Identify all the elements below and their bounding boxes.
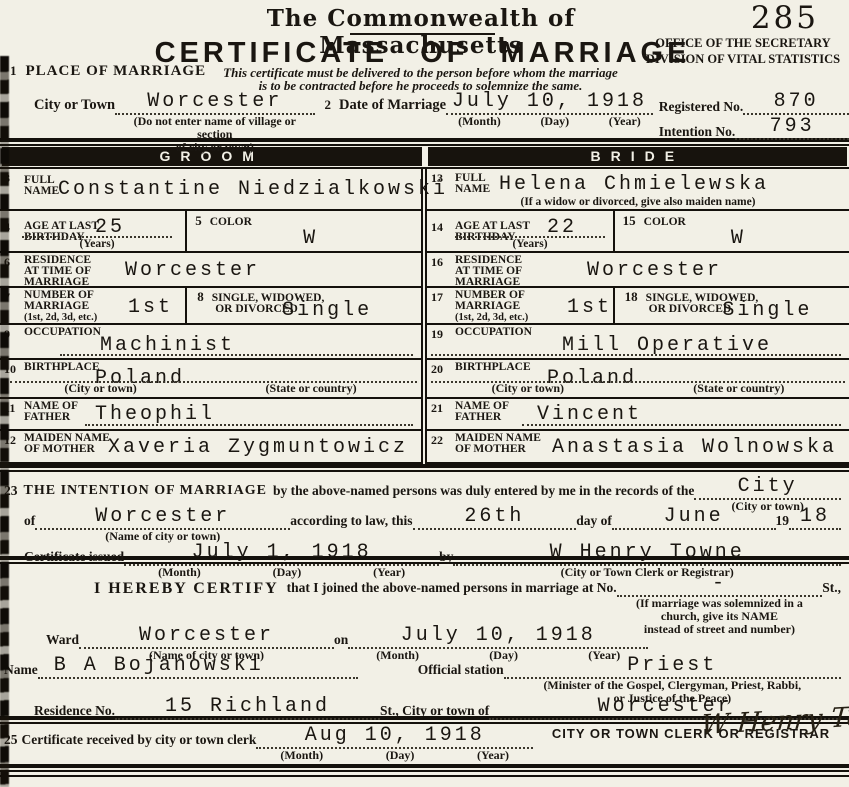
color-label: 15COLOR (623, 215, 686, 228)
certify-section: I HEREBY CERTIFY that I joined the above… (0, 564, 849, 716)
reference-number: 285 (751, 0, 819, 36)
city-or-town-label: City or Town (34, 90, 115, 114)
heavy-rule (0, 764, 849, 772)
number-of-marriage-note: (1st, 2d, 3d, etc.) (455, 312, 528, 323)
certificate-received-label: Certificate received by city or town cle… (22, 724, 257, 748)
cell-divider (185, 288, 187, 323)
church-note-1: (If marriage was solemnized in a church,… (617, 597, 823, 623)
place-of-marriage-heading: 1PLACE OF MARRIAGE (10, 63, 206, 80)
birthplace-notes: (City or town) (State or country) (0, 381, 421, 396)
day-note: (Day) (386, 749, 415, 762)
bride-father-value: Vincent (537, 403, 642, 426)
name-of-father-label: NAME OF FATHER (24, 401, 78, 423)
residence-label-3: MARRIAGE (455, 276, 520, 288)
certificate-issued-value: July 1, 1918 (124, 541, 439, 566)
cell-divider (613, 288, 615, 323)
groom-column: 3 FULL NAME Constantine Niedzialkowski 4… (0, 169, 423, 464)
registered-no-value: 870 (743, 90, 849, 115)
number-of-marriage-label-2: MARRIAGE (24, 300, 89, 312)
intention-line-2: of Worcester (Name of city or town) acco… (4, 505, 841, 543)
field-number: 13 (431, 171, 443, 186)
groom-full-name-value: Constantine Niedzialkowski (58, 178, 448, 201)
city-note-1: (Do not enter name of village or section (115, 115, 314, 141)
heavy-rule (0, 464, 849, 472)
residence-no-field: 15 Richland (115, 695, 380, 720)
number-of-marriage-label: NUMBER OF MARRIAGE (1st, 2d, 3d, etc.) (24, 290, 97, 323)
bride-section-header: BRIDE (428, 147, 848, 166)
of-label: of (24, 505, 35, 529)
occupation-label: OCCUPATION (455, 327, 532, 338)
groom-residence-value: Worcester (125, 259, 260, 282)
bride-marriage-number-row: 17 NUMBER OF MARRIAGE (1st, 2d, 3d, etc.… (427, 288, 849, 325)
mother-label-2: OF MOTHER (455, 443, 526, 455)
on-label: on (334, 624, 348, 648)
commonwealth-underline (350, 33, 495, 35)
occupation-label: OCCUPATION (24, 327, 101, 338)
registration-column: Registered No. 870 Intention No. 793 (659, 90, 849, 140)
date-of-marriage-field: July 10, 1918 (Month) (Day) (Year) (446, 90, 653, 128)
bride-full-name-value: Helena Chmielewska (499, 173, 769, 196)
years-note: (Years) (22, 238, 172, 250)
intention-day-field: 26th (413, 505, 577, 530)
groom-age-color-row: 4 AGE AT LAST BIRTHDAY 25 (Years) 5COLOR… (0, 211, 421, 253)
scan-edge-artifact (0, 56, 9, 787)
residence-no-label: Residence No. (34, 695, 115, 719)
name-label: Name (4, 654, 38, 678)
full-name-label: FULL NAME (24, 175, 59, 197)
official-station-value: Priest (504, 654, 841, 679)
date-of-marriage-heading: 2Date of Marriage (325, 90, 447, 114)
field-number: 5 (195, 213, 202, 228)
maiden-name-of-mother-label: MAIDEN NAME OF MOTHER (455, 433, 541, 455)
st-label: St., (822, 572, 841, 596)
records-of-value: City (694, 475, 841, 500)
office-line-2: DIVISION OF VITAL STATISTICS (643, 51, 843, 67)
state-or-country-note: (State or country) (693, 381, 784, 396)
fill-line (522, 424, 841, 426)
color-label-text: COLOR (644, 216, 686, 228)
field-number: 1 (10, 63, 18, 78)
received-date-field: Aug 10, 1918 (Month) (Day) (Year) (256, 724, 533, 762)
bride-residence-row: 16 RESIDENCE AT TIME OF MARRIAGE Worcest… (427, 253, 849, 288)
month-note: (Month) (280, 749, 323, 762)
received-date-value: Aug 10, 1918 (256, 724, 533, 749)
clerk-signature-block: W Henry Towne CITY OR TOWN CLERK OR REGI… (541, 724, 841, 741)
officiant-name-field: B A Bojanowski (38, 654, 358, 679)
footer-row: 25 Certificate received by city or town … (0, 724, 849, 764)
intention-city-value: Worcester (35, 505, 290, 530)
day-note: (Day) (540, 115, 569, 128)
number-of-marriage-note: (1st, 2d, 3d, etc.) (24, 312, 97, 323)
st-city-or-town-of-label: St., City or town of (380, 695, 489, 719)
city-or-town-note: (City or town) (492, 381, 564, 396)
full-name-label: FULL NAME (455, 173, 490, 195)
groom-color-value: W (303, 227, 318, 250)
residence-label: RESIDENCE AT TIME OF MARRIAGE (24, 255, 91, 288)
groom-bride-table: 3 FULL NAME Constantine Niedzialkowski 4… (0, 169, 849, 464)
by-label: by (439, 541, 453, 565)
full-name-label-2: NAME (24, 185, 59, 197)
residence-label-3: MARRIAGE (24, 276, 89, 288)
registered-no-field: 870 (743, 90, 849, 115)
place-date-row: City or Town Worcester (Do not enter nam… (0, 90, 849, 138)
maiden-name-note: (If a widow or divorced, give also maide… (427, 196, 849, 208)
state-or-country-note: (State or country) (266, 381, 357, 396)
groom-full-name-row: 3 FULL NAME Constantine Niedzialkowski (0, 169, 421, 211)
date-of-marriage-value: July 10, 1918 (446, 90, 653, 115)
bride-father-row: 21 NAME OF FATHER Vincent (427, 399, 849, 431)
intention-clerk-value: W Henry Towne (453, 541, 841, 566)
full-name-label-2: NAME (455, 183, 490, 195)
field-number: 21 (431, 401, 443, 416)
intention-month-value: June (612, 505, 776, 530)
registered-no-label: Registered No. (659, 99, 743, 115)
color-label: 5COLOR (195, 215, 252, 228)
field-number: 15 (623, 213, 636, 228)
groom-marriage-number-value: 1st (128, 296, 173, 319)
groom-residence-row: 6 RESIDENCE AT TIME OF MARRIAGE Worceste… (0, 253, 421, 288)
ward-city-value: Worcester (79, 624, 334, 649)
number-of-marriage-label: NUMBER OF MARRIAGE (1st, 2d, 3d, etc.) (455, 290, 528, 323)
ward-label: Ward (46, 624, 79, 648)
fill-line (60, 354, 413, 356)
certificate-subtitle: This certificate must be delivered to th… (168, 66, 673, 92)
bride-column: 13 FULL NAME Helena Chmielewska (If a wi… (425, 169, 849, 464)
groom-father-row: 11 NAME OF FATHER Theophil (0, 399, 421, 431)
city-or-town-field: Worcester (Do not enter name of village … (115, 90, 314, 154)
groom-mother-value: Xaveria Zygmuntowicz (108, 436, 408, 459)
marriage-no-value: - (617, 572, 823, 597)
intention-no-field: 793 (735, 115, 849, 140)
birthplace-label: BIRTHPLACE (24, 362, 100, 373)
years-note: (Years) (455, 238, 605, 250)
official-station-label: Official station (418, 654, 504, 678)
name-of-father-label: NAME OF FATHER (455, 401, 509, 423)
field-number: 8 (197, 289, 204, 304)
groom-father-value: Theophil (95, 403, 215, 426)
year-prefix: 19 (776, 505, 790, 529)
certificate-issued-label: Certificate issued (24, 541, 124, 565)
city-note-2: of city or town) (115, 141, 314, 154)
intention-year-field: 18 (789, 505, 841, 530)
maiden-name-of-mother-label: MAIDEN NAME OF MOTHER (24, 433, 110, 455)
officiant-name-value: B A Bojanowski (38, 654, 358, 679)
bride-full-name-row: 13 FULL NAME Helena Chmielewska (If a wi… (427, 169, 849, 211)
bride-marriage-number-value: 1st (567, 296, 612, 319)
field-number: 22 (431, 433, 443, 448)
month-day-year-notes: (Month) (Day) (Year) (446, 115, 653, 128)
field-number: 18 (625, 289, 638, 304)
month-note: (Month) (376, 649, 419, 662)
intention-bold-label: THE INTENTION OF MARRIAGE (24, 475, 267, 499)
intention-year-value: 18 (789, 505, 841, 530)
number-of-marriage-label-2: MARRIAGE (455, 300, 520, 312)
residence-no-value: 15 Richland (115, 695, 380, 720)
field-number: 14 (431, 220, 443, 235)
certify-date-value: July 10, 1918 (348, 624, 648, 649)
field-number: 17 (431, 290, 443, 305)
fill-line (85, 424, 413, 426)
field-number: 2 (325, 97, 332, 112)
certificate-header: The Commonwealth of Massachusetts CERTIF… (0, 0, 849, 90)
date-of-marriage-label: Date of Marriage (339, 97, 446, 113)
office-line-1: OFFICE OF THE SECRETARY (643, 35, 843, 51)
groom-marriage-number-row: 7 NUMBER OF MARRIAGE (1st, 2d, 3d, etc.)… (0, 288, 421, 325)
intention-text: by the above-named persons was duly ente… (273, 475, 694, 499)
father-label-2: FATHER (24, 411, 70, 423)
cell-divider (613, 211, 615, 251)
field-number: 20 (431, 362, 443, 377)
status-label-2: OR DIVORCED (625, 303, 732, 315)
certify-text: that I joined the above-named persons in… (287, 572, 617, 596)
according-to-law-text: according to law, this (290, 505, 412, 529)
groom-occupation-row: 9 OCCUPATION Machinist (0, 325, 421, 360)
intention-month-field: June (612, 505, 776, 530)
intention-no-row: Intention No. 793 (659, 115, 849, 140)
bride-status-value: Single (722, 299, 812, 322)
office-block: OFFICE OF THE SECRETARY DIVISION OF VITA… (643, 35, 843, 67)
intention-no-label: Intention No. (659, 124, 736, 140)
intention-city-field: Worcester (Name of city or town) (35, 505, 290, 543)
bride-mother-value: Anastasia Wolnowska (552, 436, 837, 459)
hereby-certify-label: I HEREBY CERTIFY (94, 572, 279, 598)
bride-mother-row: 22 MAIDEN NAME OF MOTHER Anastasia Wolno… (427, 431, 849, 464)
birthplace-label: BIRTHPLACE (455, 362, 531, 373)
bride-occupation-row: 19 OCCUPATION Mill Operative (427, 325, 849, 360)
groom-birthplace-row: 10 BIRTHPLACE Poland (City or town) (Sta… (0, 360, 421, 399)
city-or-town-value: Worcester (115, 90, 314, 115)
year-note: (Year) (477, 749, 509, 762)
marriage-certificate-document: The Commonwealth of Massachusetts CERTIF… (0, 0, 849, 787)
intention-day-value: 26th (413, 505, 577, 530)
intention-section: 23 THE INTENTION OF MARRIAGE by the abov… (0, 472, 849, 556)
groom-status-value: Single (282, 299, 372, 322)
bride-age-color-row: 14 AGE AT LAST BIRTHDAY 22 (Years) 15COL… (427, 211, 849, 253)
city-or-town-note: (City or town) (64, 381, 136, 396)
month-note: (Month) (458, 115, 501, 128)
day-of-label: day of (576, 505, 612, 529)
birthplace-notes: (City or town) (State or country) (427, 381, 849, 396)
field-number: 16 (431, 255, 443, 270)
place-of-marriage-label: PLACE OF MARRIAGE (26, 63, 207, 79)
thin-rule (0, 775, 849, 777)
month-day-year-notes: (Month) (Day) (Year) (256, 749, 533, 762)
father-label-2: FATHER (455, 411, 501, 423)
groom-mother-row: 12 MAIDEN NAME OF MOTHER Xaveria Zygmunt… (0, 431, 421, 464)
bride-residence-value: Worcester (587, 259, 722, 282)
intention-no-value: 793 (735, 115, 849, 140)
bride-birthplace-row: 20 BIRTHPLACE Poland (City or town) (Sta… (427, 360, 849, 399)
residence-label: RESIDENCE AT TIME OF MARRIAGE (455, 255, 522, 288)
cell-divider (185, 211, 187, 251)
mother-label-2: OF MOTHER (24, 443, 95, 455)
fill-line (431, 354, 841, 356)
year-note: (Year) (609, 115, 641, 128)
registered-no-row: Registered No. 870 (659, 90, 849, 115)
field-number: 19 (431, 327, 443, 342)
bride-color-value: W (731, 227, 746, 250)
color-label-text: COLOR (210, 216, 252, 228)
